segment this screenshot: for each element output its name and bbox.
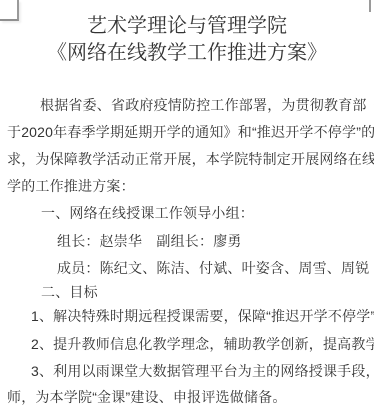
doc-title-line-1: 艺术学理论与管理学院 — [0, 13, 374, 40]
section1-leaders-line: 组长：赵崇华 副组长：廖勇 — [57, 231, 242, 251]
document-page: 艺术学理论与管理学院 《网络在线教学工作推进方案》 根据省委、省政府疫情防控工作… — [0, 0, 374, 414]
intro-line-1: 根据省委、省政府疫情防控工作部署，为贯彻教育部《关 — [40, 95, 374, 115]
intro-line-4: 学的工作推进方案： — [7, 176, 135, 196]
section2-heading: 二、目标 — [41, 282, 98, 302]
goal-item-2: 2、提升教师信息化教学理念，辅助教学创新，提高教学质量； — [31, 334, 374, 354]
section1-members-line: 成员：陈纪文、陈洁、付斌、叶姿含、周雪、周锐 — [57, 258, 369, 278]
section1-heading: 一、网络在线授课工作领导小组： — [41, 203, 254, 223]
intro-line-2: 于2020年春季学期延期开学的通知》和“推迟开学不停学”的要 — [7, 122, 374, 142]
goal-item-3-line-1: 3、利用以雨课堂大数据管理平台为主的网络授课手段，重点培养教 — [31, 361, 374, 381]
intro-line-3: 求，为保障教学活动正常开展，本学院特制定开展网络在线教 — [7, 149, 374, 169]
selection-edge-topright-icon — [369, 0, 371, 12]
goal-item-1: 1、解决特殊时期远程授课需要，保障“推迟开学不停学”； — [31, 306, 374, 326]
goal-item-3-line-2: 师，为本学院“金课”建设、申报评选做储备。 — [7, 387, 287, 407]
doc-title-line-2: 《网络在线教学工作推进方案》 — [0, 40, 374, 67]
